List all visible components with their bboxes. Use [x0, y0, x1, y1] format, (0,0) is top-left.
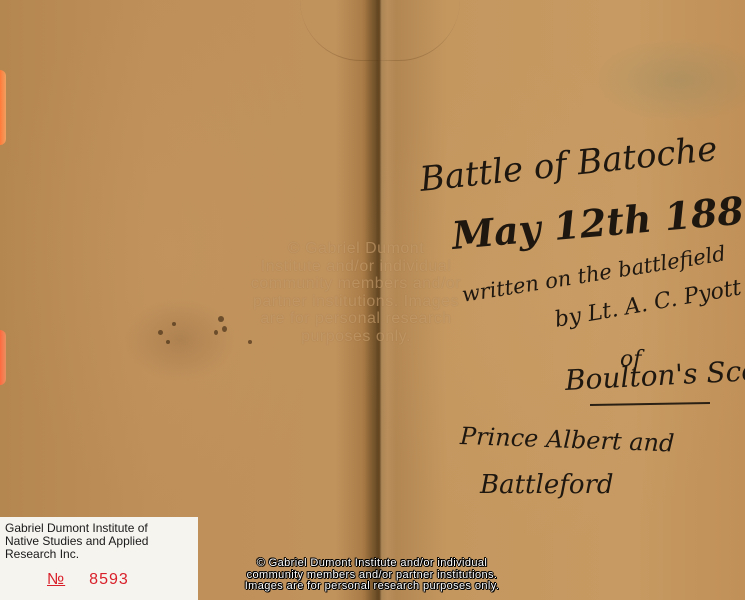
archive-number: 8593: [89, 571, 129, 588]
archive-org-line: Research Inc.: [5, 548, 198, 561]
watermark-line: Institute and/or individual: [226, 258, 486, 276]
watermark-line: partner institutions. Images: [226, 293, 486, 311]
copyright-notice: © Gabriel Dumont Institute and/or indivi…: [222, 558, 522, 593]
number-symbol: №: [47, 571, 65, 588]
watermark-line: are for personal research: [226, 310, 486, 328]
archive-number-row: №8593: [5, 571, 198, 589]
archive-label: Gabriel Dumont Institute of Native Studi…: [0, 517, 198, 600]
left-edge-highlight: [0, 330, 6, 385]
left-edge-highlight: [0, 70, 6, 145]
copyright-line: © Gabriel Dumont Institute and/or indivi…: [222, 558, 522, 570]
watermark-line: purposes only.: [226, 328, 486, 346]
watermark-line: © Gabriel Dumont: [226, 240, 486, 258]
watermark-line: community members and/or: [226, 275, 486, 293]
watermark: © Gabriel Dumont Institute and/or indivi…: [226, 240, 486, 345]
handwritten-place-line-2: Battleford: [480, 470, 614, 500]
copyright-line: Images are for personal research purpose…: [222, 581, 522, 593]
